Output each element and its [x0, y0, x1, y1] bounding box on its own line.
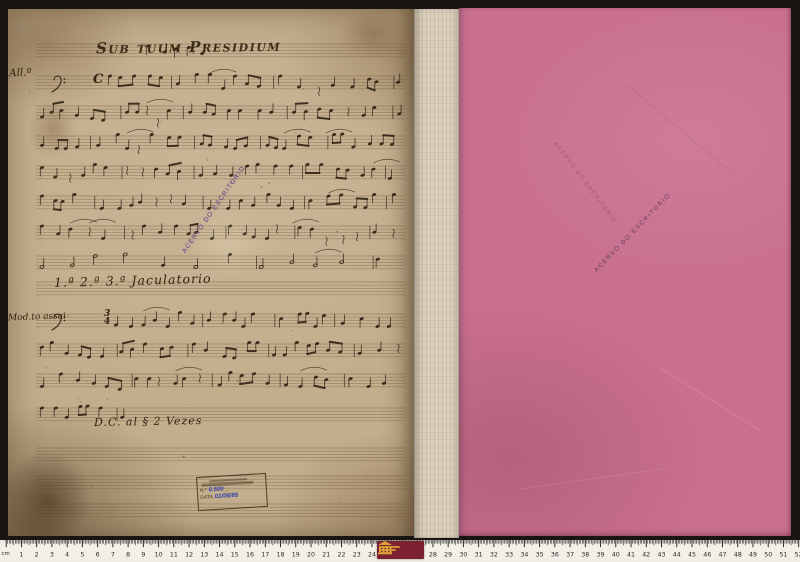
ending-marking: D.C. al § 2 Vezes	[94, 414, 203, 429]
svg-text:15: 15	[231, 552, 239, 559]
time-signature-1: C	[93, 72, 103, 87]
svg-text:9: 9	[141, 552, 145, 559]
section-heading: 1.ª 2.ª 3.ª Jaculatorio	[54, 269, 274, 290]
svg-text:48: 48	[734, 552, 742, 559]
svg-text:22: 22	[337, 552, 345, 559]
svg-text:13: 13	[200, 552, 208, 559]
music-title: Sub tuum Presidium	[96, 37, 296, 58]
archive-stamp-left: ACERVO DO ESCRITORIO	[170, 149, 258, 271]
ruler-badge	[377, 541, 424, 559]
paper-stain	[188, 209, 268, 279]
svg-text:30: 30	[459, 552, 467, 559]
svg-text:3: 3	[50, 552, 54, 559]
svg-text:8: 8	[126, 552, 130, 559]
svg-text:10: 10	[155, 552, 163, 559]
svg-text:5: 5	[80, 552, 84, 559]
svg-text:29: 29	[444, 552, 452, 559]
svg-text:19: 19	[292, 552, 300, 559]
svg-text:6: 6	[96, 552, 100, 559]
cover-page: ACERVO DO ESCRITORIO ACERVO DO ESCRITORI…	[459, 8, 791, 536]
svg-text:14: 14	[216, 552, 224, 559]
ruler: 1234567891011121314151617181920212223242…	[0, 540, 800, 562]
svg-text:40: 40	[612, 552, 620, 559]
svg-text:37: 37	[566, 552, 574, 559]
accession-date-label: DATA	[200, 494, 213, 501]
svg-text:52: 52	[795, 552, 800, 559]
svg-text:34: 34	[520, 552, 528, 559]
svg-text:35: 35	[536, 552, 544, 559]
svg-text:7: 7	[111, 552, 115, 559]
svg-text:46: 46	[703, 552, 711, 559]
svg-text:21: 21	[322, 552, 330, 559]
svg-text:45: 45	[688, 552, 696, 559]
ruler-unit-label: cm	[2, 551, 10, 557]
badge-text-lines	[379, 546, 400, 553]
svg-text:16: 16	[246, 552, 254, 559]
svg-text:38: 38	[581, 552, 589, 559]
svg-text:44: 44	[673, 552, 681, 559]
manuscript-scan: 13 Sub tuum Presidium All.º C 1.ª 2.ª 3.…	[0, 0, 800, 562]
svg-text:43: 43	[658, 552, 666, 559]
manuscript-page: 13 Sub tuum Presidium All.º C 1.ª 2.ª 3.…	[8, 9, 414, 536]
svg-text:39: 39	[597, 552, 605, 559]
svg-text:17: 17	[261, 552, 269, 559]
svg-text:28: 28	[429, 552, 437, 559]
svg-text:36: 36	[551, 552, 559, 559]
scratch-line	[658, 366, 760, 430]
page-number: 13	[14, 21, 27, 31]
svg-text:50: 50	[764, 552, 772, 559]
svg-text:32: 32	[490, 552, 498, 559]
time-signature-2-denominator: 4	[102, 318, 112, 326]
scan-background: { "page": { "number": "13" }, "music": {…	[0, 0, 800, 562]
svg-text:33: 33	[505, 552, 513, 559]
cover-stamp-upper: ACERVO DO ESCRITORIO	[549, 136, 621, 229]
svg-text:23: 23	[353, 552, 361, 559]
scratch-line	[520, 468, 669, 490]
tempo-marking-1: All.º	[9, 67, 32, 80]
svg-text:49: 49	[749, 552, 757, 559]
spine-cloth	[414, 9, 459, 538]
svg-text:41: 41	[627, 552, 635, 559]
svg-text:2: 2	[35, 552, 39, 559]
svg-text:4: 4	[65, 552, 69, 559]
paper-stain	[338, 9, 408, 59]
svg-text:31: 31	[475, 552, 483, 559]
svg-text:47: 47	[718, 552, 726, 559]
tempo-marking-2: Mod.to assai	[8, 311, 86, 324]
svg-text:24: 24	[368, 552, 376, 559]
accession-date-value: 01/06/85	[215, 492, 239, 500]
time-signature-2: 3 4	[102, 310, 112, 326]
svg-text:18: 18	[277, 552, 285, 559]
paper-stain	[2, 449, 92, 549]
svg-text:12: 12	[185, 552, 193, 559]
svg-text:1: 1	[19, 552, 23, 559]
paper-stain	[28, 99, 78, 159]
accession-stamp: N.º 0.500 DATA 01/06/85	[196, 473, 268, 511]
svg-text:20: 20	[307, 552, 315, 559]
scratch-line	[625, 83, 733, 174]
svg-text:42: 42	[642, 552, 650, 559]
svg-text:51: 51	[779, 552, 787, 559]
svg-text:11: 11	[170, 552, 178, 559]
